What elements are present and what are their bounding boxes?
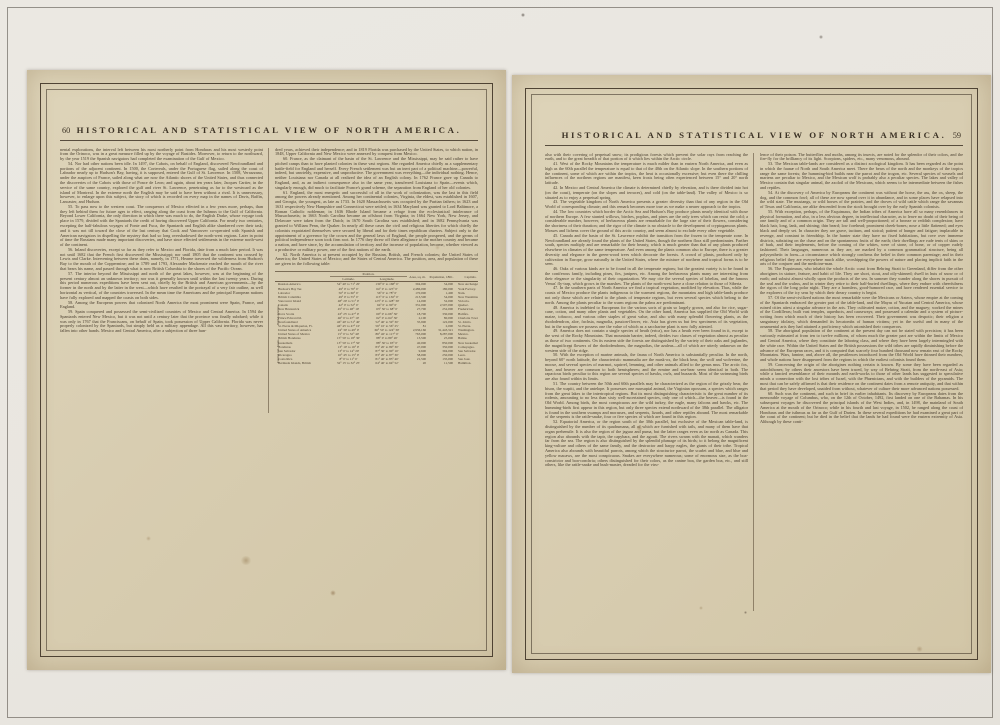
cell-name: Bermuda Islands, British [275, 361, 330, 365]
page-number: 60 [62, 126, 70, 135]
running-title: HISTORICAL AND STATISTICAL VIEW OF NORTH… [60, 125, 478, 135]
paragraph: 57. Of the semi-civilized nations the mo… [760, 296, 963, 329]
paragraph: 56. The Esquimaux, who inhabit the whole… [760, 267, 963, 296]
table-row: Bermuda Islands, British32° 15′ to 32° 2… [275, 361, 478, 365]
text-columns: nental explorations, the interval left b… [60, 148, 478, 413]
countries-table: Position. Area, sq. m. Population, 1861.… [275, 271, 478, 366]
paragraph: 45. Canada and the basin of the St. Lawr… [545, 234, 748, 267]
paragraph: 46. Oaks of various kinds are to be foun… [545, 267, 748, 286]
paragraph: 53. The Mexican table-lands are consider… [760, 162, 963, 191]
paragraph: 41. West of the Rocky Mountains the temp… [545, 162, 748, 186]
paragraph: 60. Such was the continent, and such in … [760, 392, 963, 425]
text-column-2: lence of their poison. The butterflies a… [754, 153, 963, 611]
paragraph: 50. With the exception of marine animals… [545, 353, 748, 382]
paragraph: 47. In the southern parts of North Ameri… [545, 286, 748, 305]
header-rule [60, 140, 478, 141]
paragraph: 42. In Mexico and Central America the cl… [545, 186, 748, 200]
page-sheet-right: HISTORICAL AND STATISTICAL VIEW OF NORTH… [512, 75, 991, 673]
text-column-1: nental explorations, the interval left b… [60, 148, 269, 413]
paragraph: 60. France, as the claimant of the basin… [275, 157, 478, 190]
paragraph: 44. The low countries which border the A… [545, 210, 748, 234]
table-head: Position. Area, sq. m. Population, 1861.… [275, 272, 478, 282]
cell-lat: 32° 15′ to 32° 25′ [330, 361, 367, 365]
th-capitals: Capitals. [455, 272, 478, 282]
text-column-2: dred years, achieved their independence;… [269, 148, 478, 413]
column-paragraphs: dred years, achieved their independence;… [275, 148, 478, 268]
paragraph: 56. Inland discoveries, except so far as… [60, 248, 263, 272]
paragraph: 55. To pass now to the western coast. Th… [60, 205, 263, 248]
th-area: Area, sq. m. [407, 272, 428, 282]
foxing-spot [819, 35, 823, 39]
page-header: 60 HISTORICAL AND STATISTICAL VIEW OF NO… [60, 125, 478, 136]
table-body: Russian America54° 40′ to 71° 20′130° 0′… [275, 282, 478, 366]
cell-lon: 64° 40′ to 64° 52′ [367, 361, 407, 365]
paragraph: 52. Equatorial America, or the region so… [545, 420, 748, 468]
th-population: Population, 1861. [428, 272, 455, 282]
paragraph: 59. Concerning the origin of the aborigi… [760, 363, 963, 392]
cell-capital: Hamilton. [455, 361, 478, 365]
running-title: HISTORICAL AND STATISTICAL VIEW OF NORTH… [545, 130, 963, 140]
th-country [275, 272, 330, 282]
page-content: HISTORICAL AND STATISTICAL VIEW OF NORTH… [545, 75, 963, 653]
paragraph: 58. The aboriginal population of the con… [760, 329, 963, 362]
page-sheet-left: 60 HISTORICAL AND STATISTICAL VIEW OF NO… [27, 70, 506, 670]
header-rule [545, 145, 963, 146]
table-group-label: Central Am. States. [276, 339, 280, 363]
text-column-1: also with their covering of perpetual sn… [545, 153, 754, 611]
paragraph: 54. At the discovery of America by Europ… [760, 191, 963, 210]
paragraph: 61. England, the most energetic and succ… [275, 191, 478, 253]
page-header: HISTORICAL AND STATISTICAL VIEW OF NORTH… [545, 130, 963, 141]
text-columns: also with their covering of perpetual sn… [545, 153, 963, 611]
paragraph: 54. Nor had other nations been idle. In … [60, 162, 263, 205]
page-number: 59 [953, 131, 961, 140]
cell-capital: New Archangel. [455, 282, 478, 287]
paragraph: 62. North America is at present occupied… [275, 253, 478, 267]
page-content: 60 HISTORICAL AND STATISTICAL VIEW OF NO… [60, 70, 478, 650]
cell-area: 20 [407, 361, 428, 365]
paragraph: 48. America is indebted to Europeans for… [545, 306, 748, 330]
paragraph: 55. With exception, perhaps, of the Esqu… [760, 210, 963, 267]
foxing-spot [521, 13, 525, 17]
cell-pop: 11,500 [428, 361, 455, 365]
table-group-label: British America. [276, 305, 280, 325]
scanned-book-spread: { "title": "HISTORICAL AND STATISTICAL V… [0, 0, 1000, 725]
paragraph: nental explorations, the interval left b… [60, 148, 263, 162]
paragraph: 49. America does not contain a single sp… [545, 329, 748, 353]
paragraph: 59. Spain conquered and possessed the se… [60, 310, 263, 334]
statistics-table: British America. Central Am. States. Pos… [275, 271, 478, 366]
paragraph: 51. The country between the 50th and 60t… [545, 382, 748, 420]
paragraph: 57. The interior beyond the Mississippi … [60, 272, 263, 301]
